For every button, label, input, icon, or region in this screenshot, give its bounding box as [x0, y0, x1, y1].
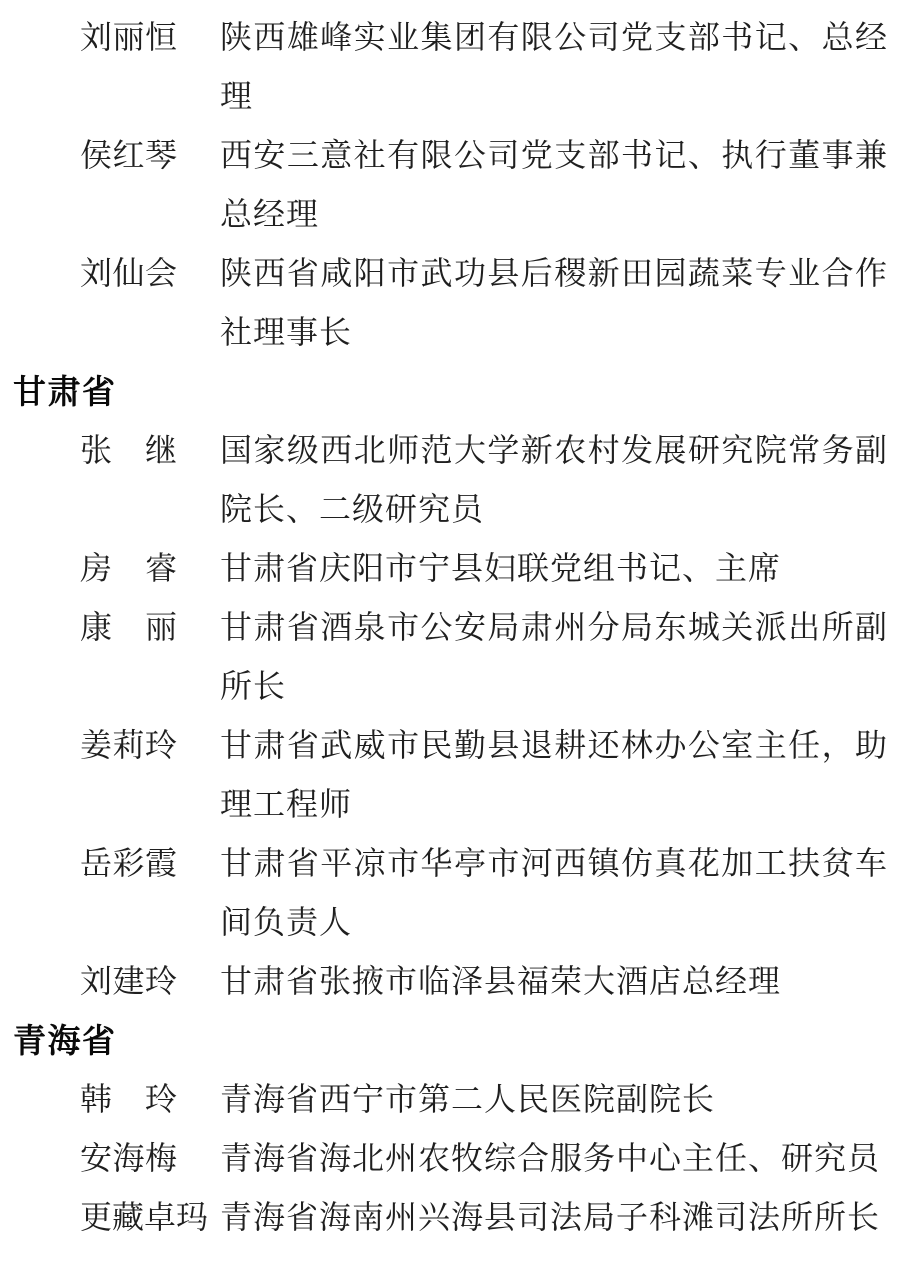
person-name: 岳彩霞 [80, 834, 177, 893]
person-title: 西安三意社有限公司党支部书记、执行董事兼总经理 [220, 126, 888, 244]
award-entry-row: 刘仙会 陕西省咸阳市武功县后稷新田园蔬菜专业合作社理事长 [13, 244, 888, 362]
person-title: 甘肃省酒泉市公安局肃州分局东城关派出所副所长 [220, 598, 888, 716]
award-entry-row: 岳彩霞 甘肃省平凉市华亭市河西镇仿真花加工扶贫车间负责人 [13, 834, 888, 952]
person-title: 国家级西北师范大学新农村发展研究院常务副院长、二级研究员 [220, 421, 888, 539]
person-name: 刘仙会 [80, 244, 177, 303]
person-title: 甘肃省庆阳市宁县妇联党组书记、主席 [220, 539, 888, 598]
award-entry-row: 侯红琴 西安三意社有限公司党支部书记、执行董事兼总经理 [13, 126, 888, 244]
document-page: 刘丽恒 陕西雄峰实业集团有限公司党支部书记、总经理 侯红琴 西安三意社有限公司党… [0, 0, 900, 1270]
award-entry-row: 康丽 甘肃省酒泉市公安局肃州分局东城关派出所副所长 [13, 598, 888, 716]
person-name: 韩玲 [80, 1070, 177, 1129]
person-name: 房睿 [80, 539, 177, 598]
person-name: 安海梅 [80, 1129, 177, 1188]
person-title: 甘肃省武威市民勤县退耕还林办公室主任，助理工程师 [220, 716, 888, 834]
person-name: 张继 [80, 421, 177, 480]
person-title: 青海省西宁市第二人民医院副院长 [220, 1070, 888, 1129]
person-name: 更藏卓玛 [80, 1188, 177, 1247]
award-entry-row: 更藏卓玛 青海省海南州兴海县司法局子科滩司法所所长 [13, 1188, 888, 1247]
person-title: 甘肃省张掖市临泽县福荣大酒店总经理 [220, 952, 888, 1011]
person-name: 刘建玲 [80, 952, 177, 1011]
award-entry-row: 姜莉玲 甘肃省武威市民勤县退耕还林办公室主任，助理工程师 [13, 716, 888, 834]
award-entry-row: 房睿 甘肃省庆阳市宁县妇联党组书记、主席 [13, 539, 888, 598]
person-title: 陕西省咸阳市武功县后稷新田园蔬菜专业合作社理事长 [220, 244, 888, 362]
award-entry-row: 张继 国家级西北师范大学新农村发展研究院常务副院长、二级研究员 [13, 421, 888, 539]
person-name: 康丽 [80, 598, 177, 657]
province-section-header: 青海省 [13, 1011, 888, 1070]
person-title: 陕西雄峰实业集团有限公司党支部书记、总经理 [220, 8, 888, 126]
award-entry-row: 韩玲 青海省西宁市第二人民医院副院长 [13, 1070, 888, 1129]
province-section-header: 甘肃省 [13, 362, 888, 421]
award-entry-row: 安海梅 青海省海北州农牧综合服务中心主任、研究员 [13, 1129, 888, 1188]
person-title: 青海省海南州兴海县司法局子科滩司法所所长 [220, 1188, 888, 1247]
person-title: 青海省海北州农牧综合服务中心主任、研究员 [220, 1129, 888, 1188]
award-entry-row: 刘丽恒 陕西雄峰实业集团有限公司党支部书记、总经理 [13, 8, 888, 126]
award-entry-row: 刘建玲 甘肃省张掖市临泽县福荣大酒店总经理 [13, 952, 888, 1011]
person-title: 甘肃省平凉市华亭市河西镇仿真花加工扶贫车间负责人 [220, 834, 888, 952]
person-name: 刘丽恒 [80, 8, 177, 67]
person-name: 姜莉玲 [80, 716, 177, 775]
person-name: 侯红琴 [80, 126, 177, 185]
